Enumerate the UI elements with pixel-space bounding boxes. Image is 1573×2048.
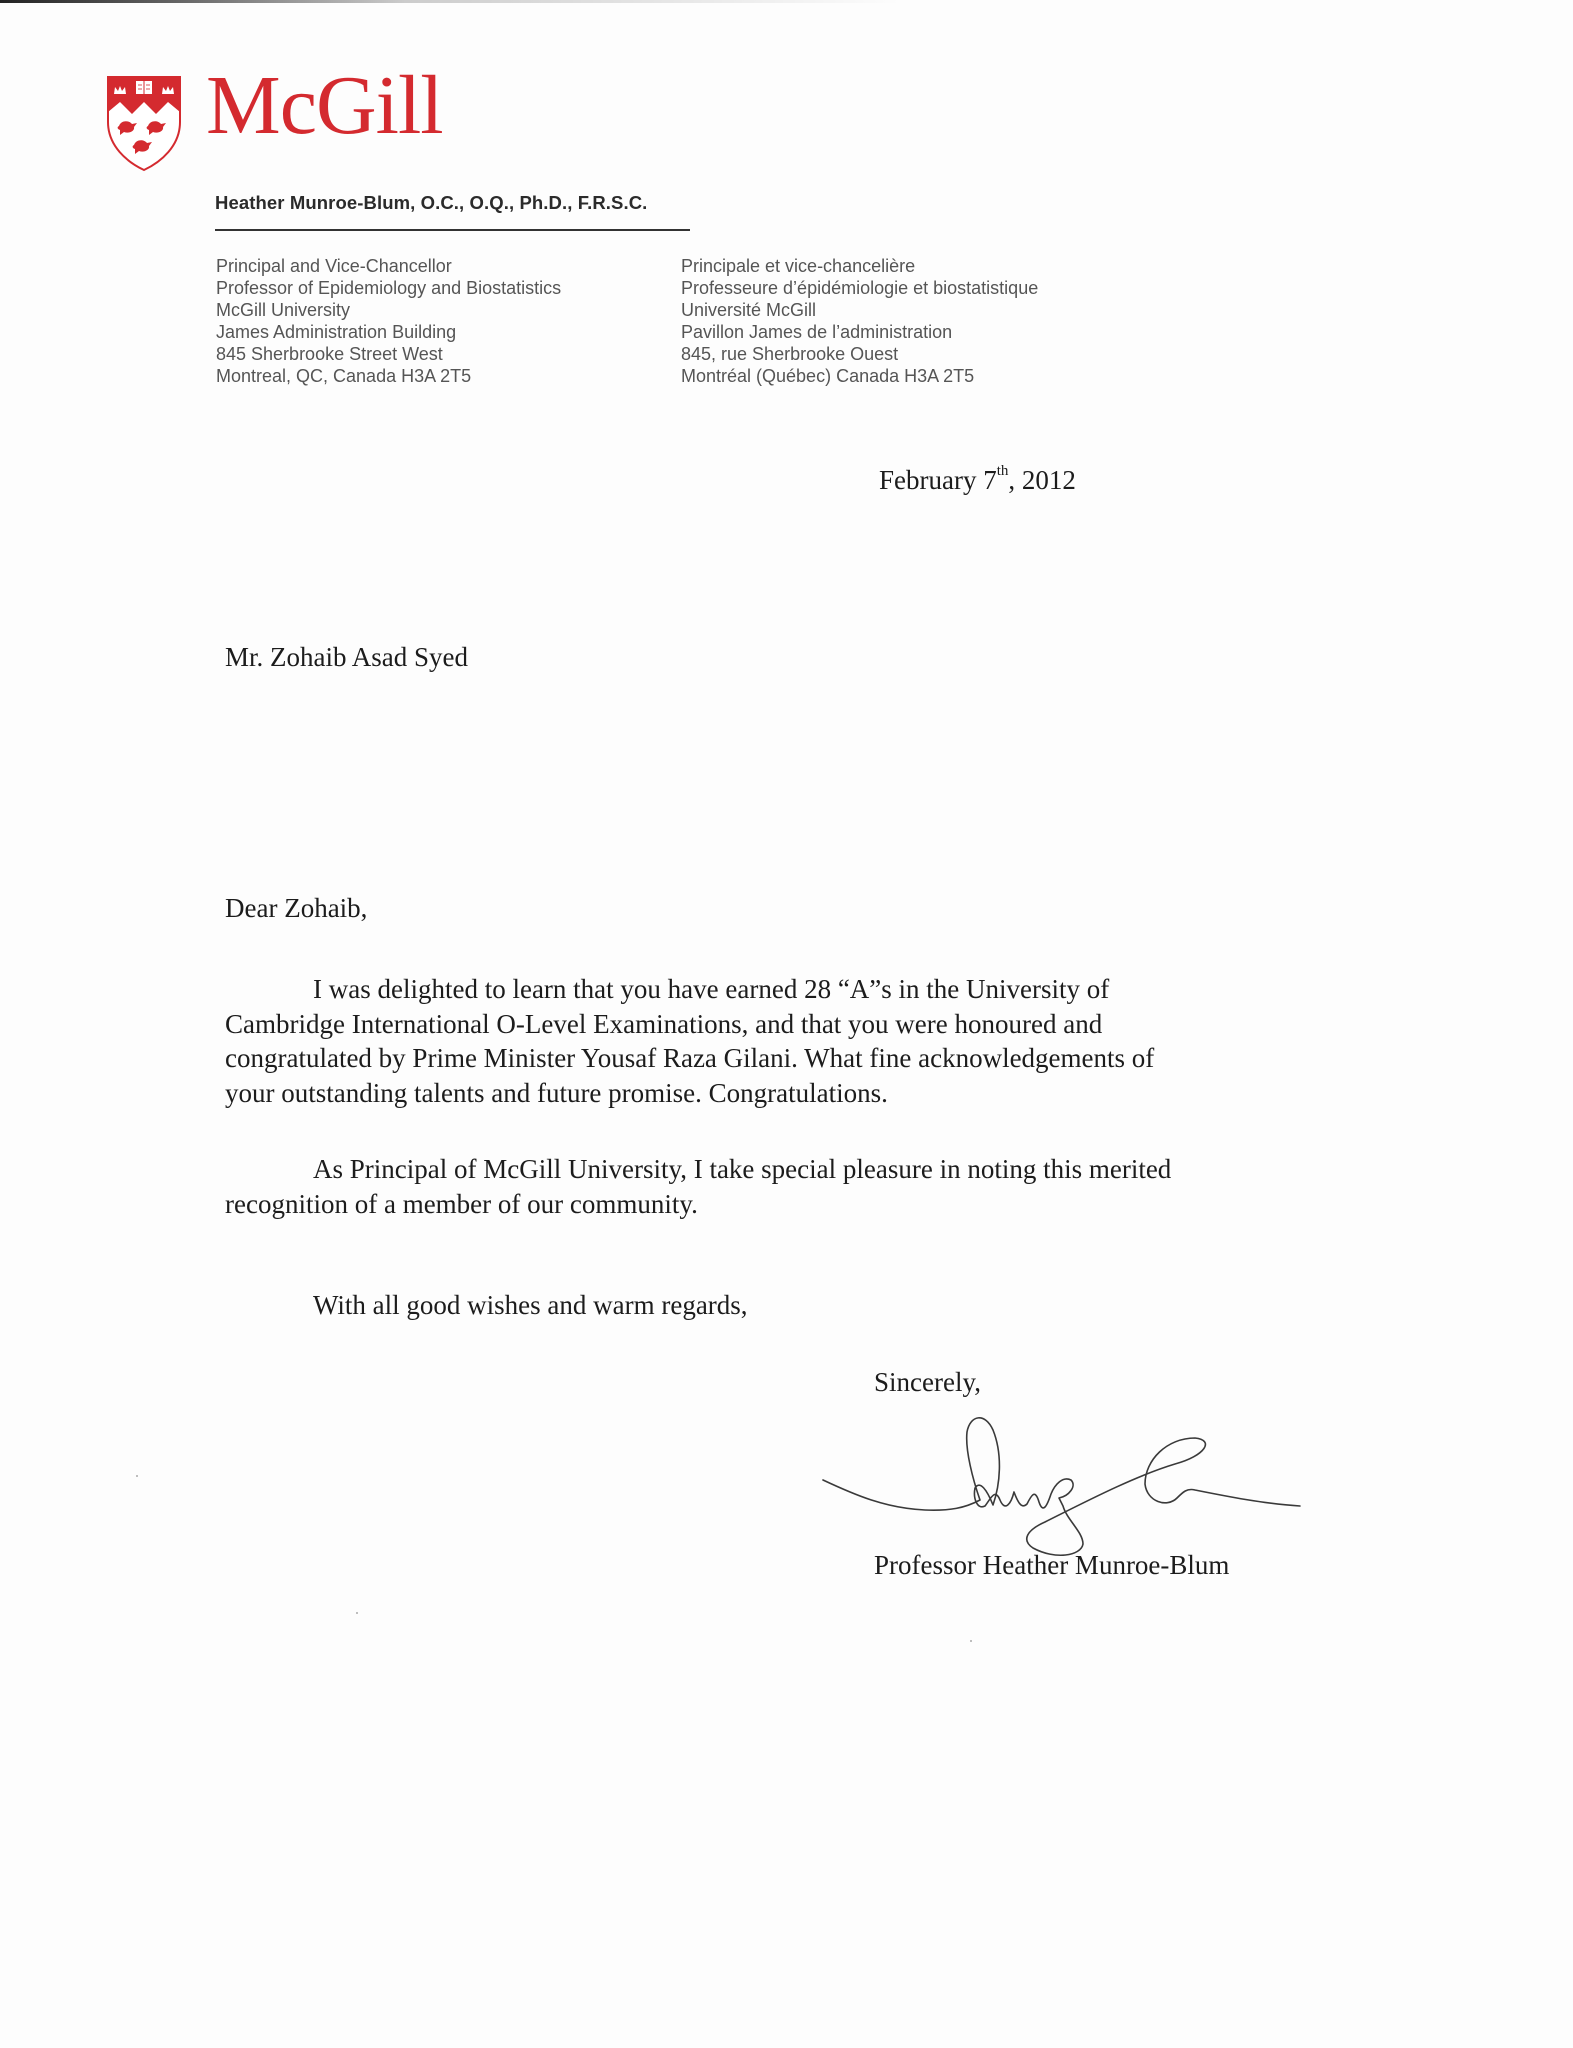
date-year: , 2012: [1008, 465, 1076, 495]
address-line: 845, rue Sherbrooke Ouest: [681, 343, 1038, 365]
address-line: Professeure d’épidémiologie et biostatis…: [681, 277, 1038, 299]
scan-speck: [970, 1640, 972, 1642]
address-line: 845 Sherbrooke Street West: [216, 343, 561, 365]
address-block-french: Principale et vice-chancelière Professeu…: [681, 255, 1038, 387]
address-line: Université McGill: [681, 299, 1038, 321]
address-line: James Administration Building: [216, 321, 561, 343]
paragraph-line: recognition of a member of our community…: [225, 1187, 1345, 1222]
handwritten-signature: [815, 1410, 1305, 1565]
scan-speck: [136, 1475, 138, 1477]
paragraph-line: I was delighted to learn that you have e…: [225, 972, 1345, 1007]
salutation: Dear Zohaib,: [225, 893, 367, 924]
scan-edge: [0, 0, 900, 3]
sign-off: Sincerely,: [874, 1367, 981, 1398]
date-ordinal-suffix: th: [997, 463, 1009, 479]
address-line: Principale et vice-chancelière: [681, 255, 1038, 277]
date-month-day: February 7: [879, 465, 997, 495]
signer-name: Professor Heather Munroe-Blum: [874, 1550, 1229, 1581]
closing-line: With all good wishes and warm regards,: [313, 1290, 748, 1321]
address-block-english: Principal and Vice-Chancellor Professor …: [216, 255, 561, 387]
address-line: Montréal (Québec) Canada H3A 2T5: [681, 365, 1038, 387]
mcgill-crest-icon: [105, 74, 183, 172]
address-line: Professor of Epidemiology and Biostatist…: [216, 277, 561, 299]
recipient-name: Mr. Zohaib Asad Syed: [225, 642, 468, 673]
letter-date: February 7th, 2012: [879, 465, 1076, 496]
header-divider: [215, 229, 690, 231]
paragraph-line: As Principal of McGill University, I tak…: [225, 1152, 1345, 1187]
address-line: Montreal, QC, Canada H3A 2T5: [216, 365, 561, 387]
paragraph-line: Cambridge International O-Level Examinat…: [225, 1007, 1345, 1042]
body-paragraph-2: As Principal of McGill University, I tak…: [225, 1152, 1345, 1221]
paragraph-line: congratulated by Prime Minister Yousaf R…: [225, 1041, 1345, 1076]
institution-wordmark: McGill: [206, 64, 443, 148]
address-line: Principal and Vice-Chancellor: [216, 255, 561, 277]
address-line: Pavillon James de l’administration: [681, 321, 1038, 343]
body-paragraph-1: I was delighted to learn that you have e…: [225, 972, 1345, 1110]
address-line: McGill University: [216, 299, 561, 321]
scan-speck: [356, 1612, 358, 1614]
paragraph-line: your outstanding talents and future prom…: [225, 1076, 1345, 1111]
officer-name: Heather Munroe-Blum, O.C., O.Q., Ph.D., …: [215, 192, 647, 214]
